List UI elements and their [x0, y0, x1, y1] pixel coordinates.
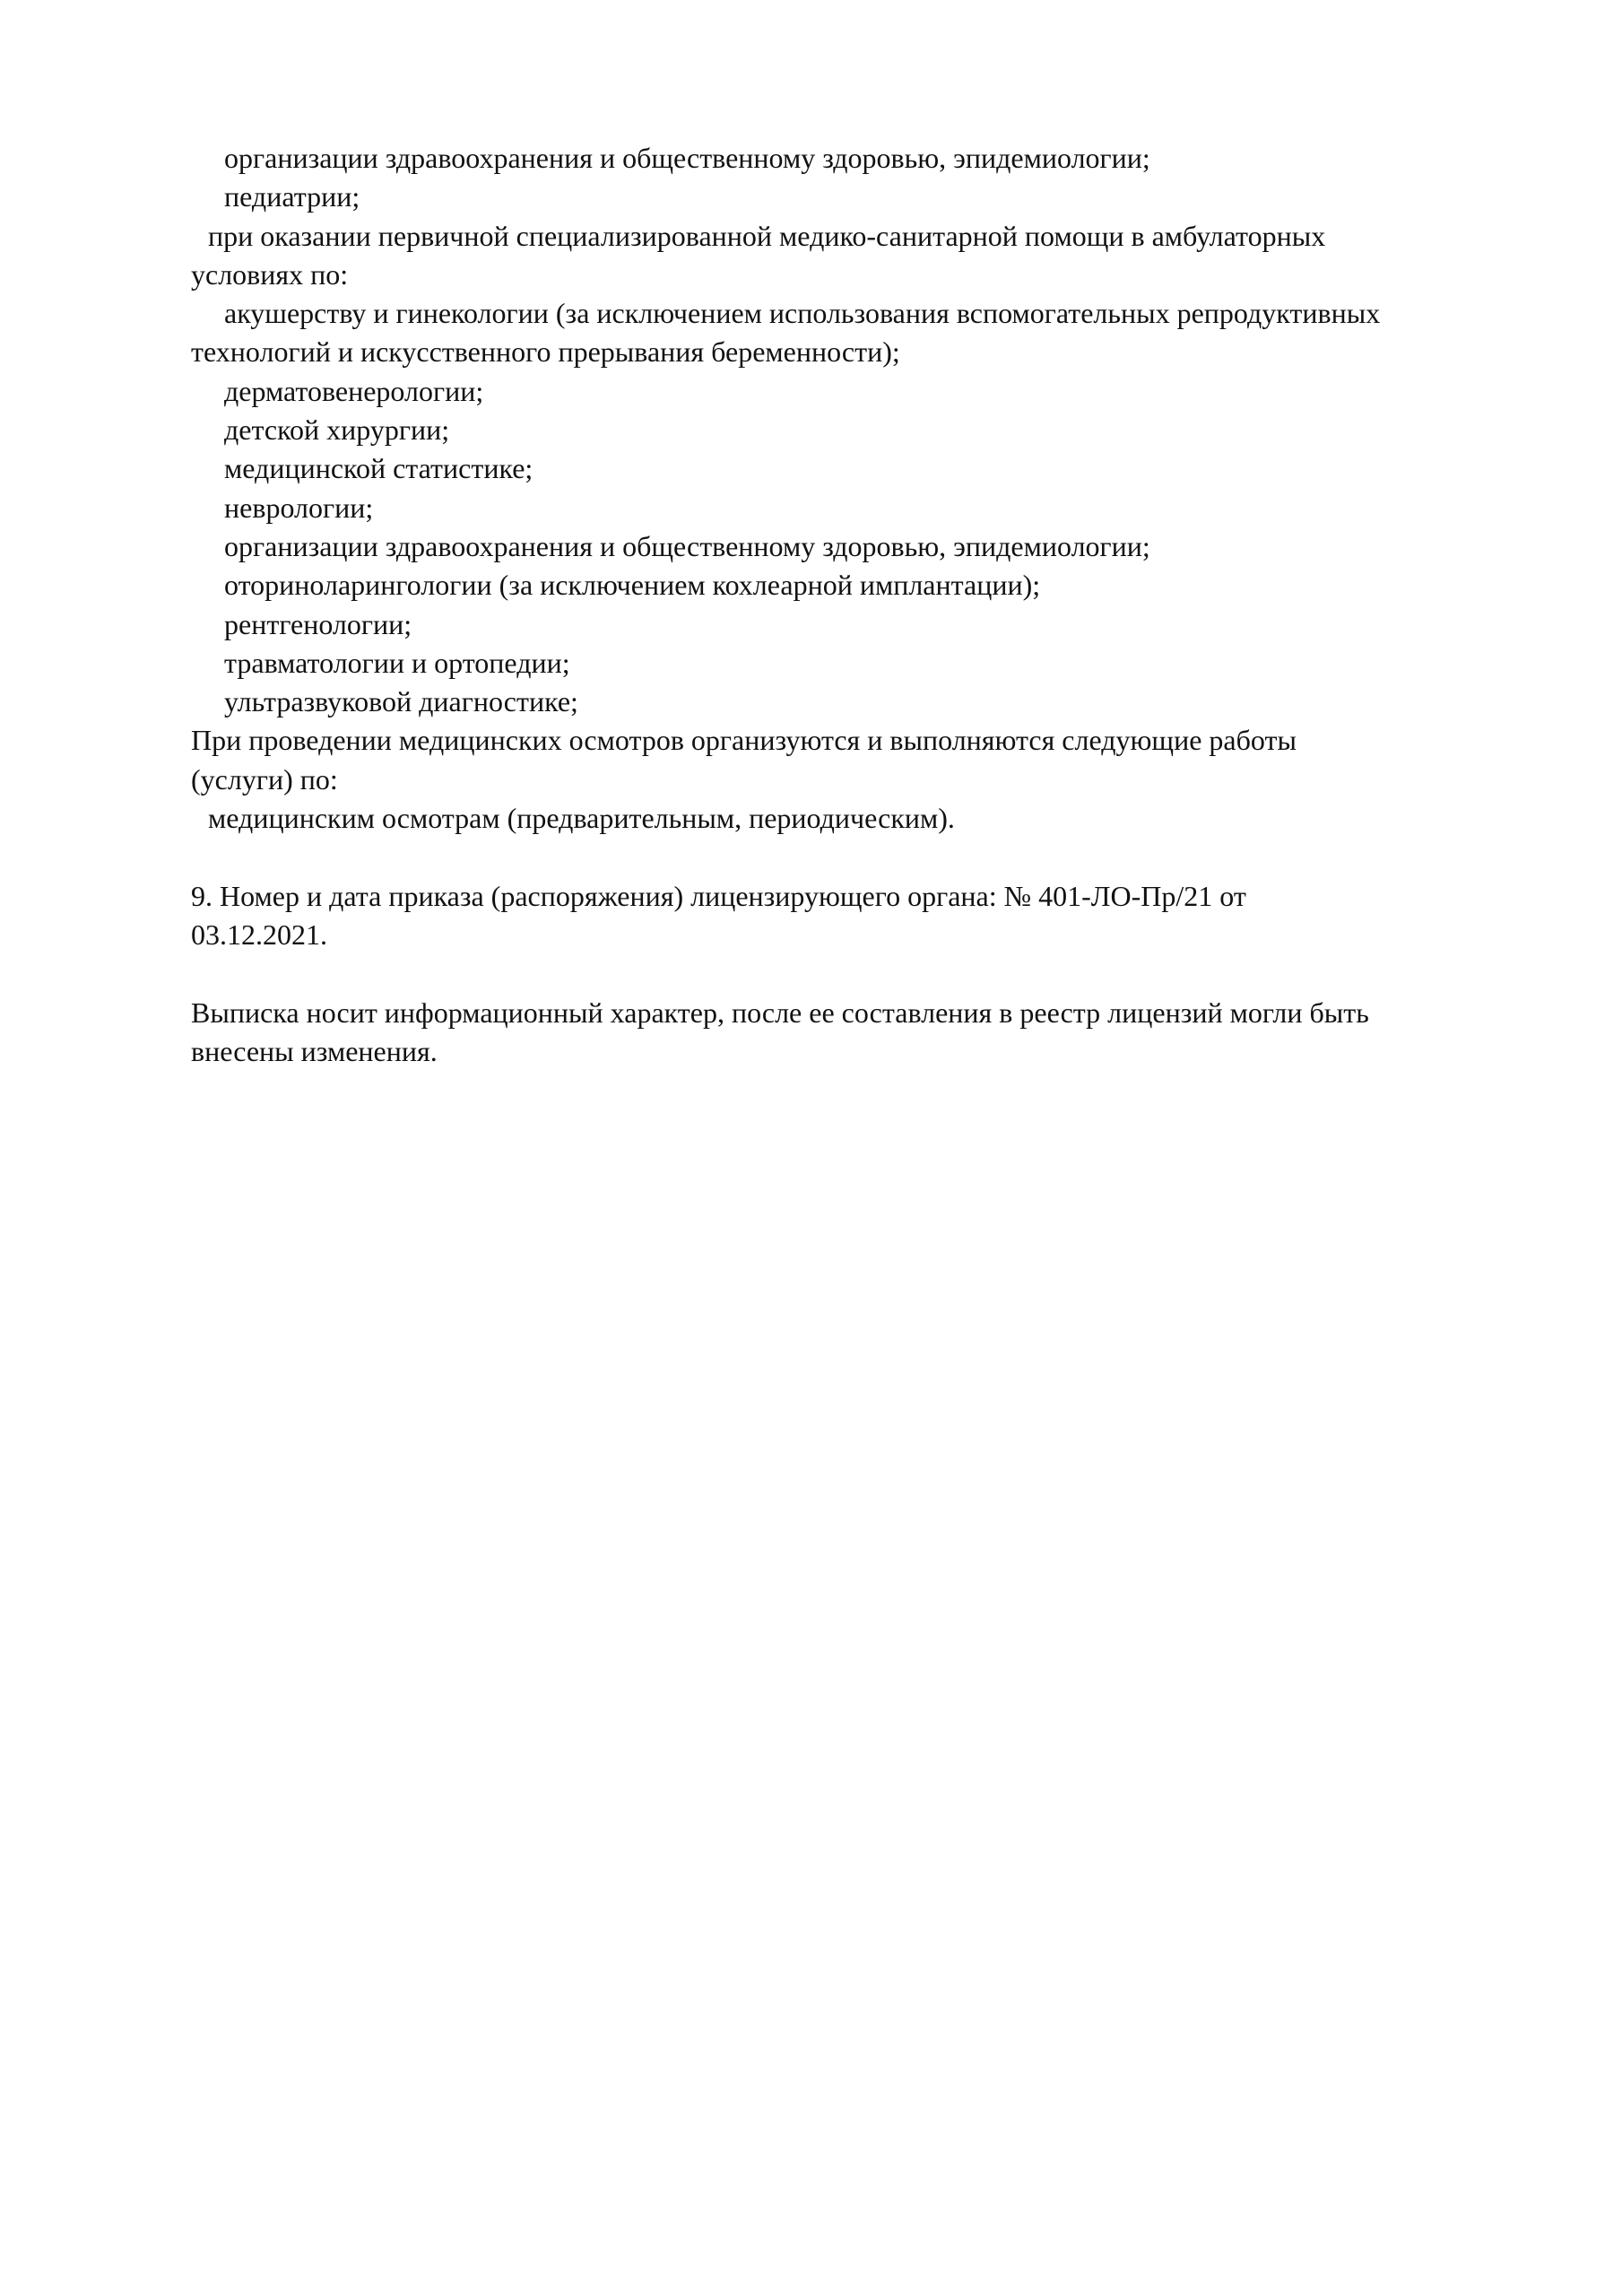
- list-item: рентгенологии;: [191, 605, 1536, 644]
- list-item: организации здравоохранения и общественн…: [191, 527, 1536, 566]
- spacer: [191, 954, 1536, 993]
- outpatient-intro-line: условиях по:: [191, 256, 1536, 294]
- disclaimer-line: Выписка носит информационный характер, п…: [191, 994, 1536, 1032]
- medical-exams-intro-cont: (услуги) по:: [191, 761, 1536, 799]
- list-item: ультразвуковой диагностике;: [191, 683, 1536, 721]
- list-item-obstetrics: акушерству и гинекологии (за исключением…: [191, 294, 1536, 333]
- outpatient-intro-line: при оказании первичной специализированно…: [191, 217, 1536, 256]
- document-page: организации здравоохранения и общественн…: [0, 0, 1622, 2296]
- list-item: медицинской статистике;: [191, 449, 1536, 488]
- list-item: неврологии;: [191, 489, 1536, 527]
- disclaimer-line: внесены изменения.: [191, 1032, 1536, 1071]
- list-item-obstetrics-cont: технологий и искусственного прерывания б…: [191, 333, 1536, 371]
- order-number-line: 9. Номер и дата приказа (распоряжения) л…: [191, 877, 1536, 916]
- spacer: [191, 838, 1536, 876]
- list-item: медицинским осмотрам (предварительным, п…: [191, 799, 1536, 838]
- list-item: педиатрии;: [191, 178, 1536, 216]
- list-item: организации здравоохранения и общественн…: [191, 139, 1536, 178]
- list-item: оториноларингологии (за исключением кохл…: [191, 566, 1536, 604]
- document-body: организации здравоохранения и общественн…: [191, 139, 1536, 1071]
- order-date-line: 03.12.2021.: [191, 916, 1536, 954]
- list-item: детской хирургии;: [191, 411, 1536, 449]
- list-item: дерматовенерологии;: [191, 372, 1536, 411]
- list-item: травматологии и ортопедии;: [191, 644, 1536, 683]
- medical-exams-intro: При проведении медицинских осмотров орга…: [191, 721, 1536, 760]
